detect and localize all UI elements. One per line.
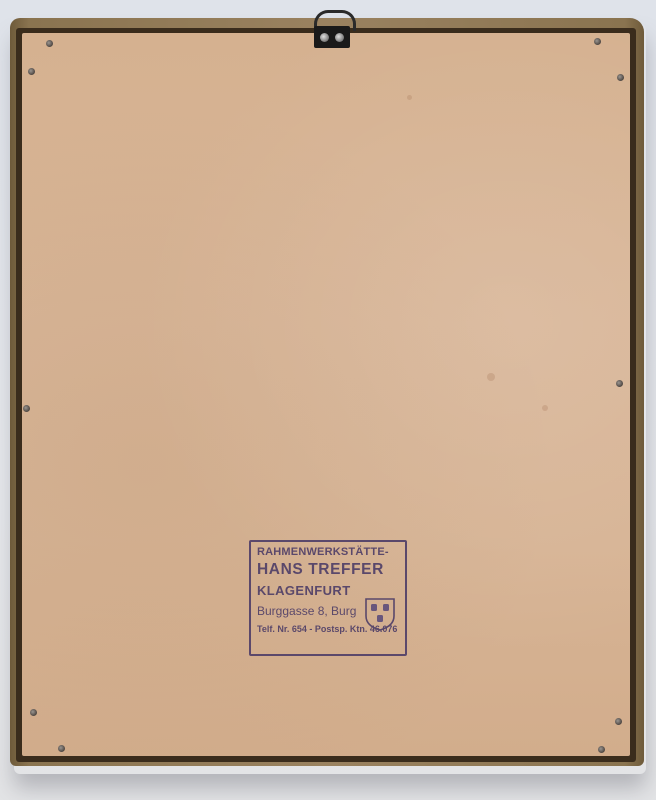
- nail-icon: [23, 405, 30, 412]
- nail-icon: [58, 745, 65, 752]
- stain-spot: [542, 405, 548, 411]
- nail-icon: [617, 74, 624, 81]
- nail-icon: [594, 38, 601, 45]
- framer-stamp: RAHMENWERKSTÄTTE- HANS TREFFER KLAGENFUR…: [249, 540, 407, 656]
- nail-icon: [616, 380, 623, 387]
- stamp-line-workshop: RAHMENWERKSTÄTTE-: [257, 546, 400, 558]
- nail-icon: [615, 718, 622, 725]
- hanger-plate: [314, 26, 350, 48]
- stain-spot: [487, 373, 495, 381]
- rivet-icon: [335, 33, 344, 42]
- rivet-icon: [320, 33, 329, 42]
- stain-spot: [407, 95, 412, 100]
- hanging-bracket-icon: [308, 10, 356, 50]
- stamp-line-name: HANS TREFFER: [257, 561, 400, 579]
- nail-icon: [30, 709, 37, 716]
- nail-icon: [598, 746, 605, 753]
- coat-of-arms-shield-icon: [363, 596, 397, 632]
- nail-icon: [28, 68, 35, 75]
- nail-icon: [46, 40, 53, 47]
